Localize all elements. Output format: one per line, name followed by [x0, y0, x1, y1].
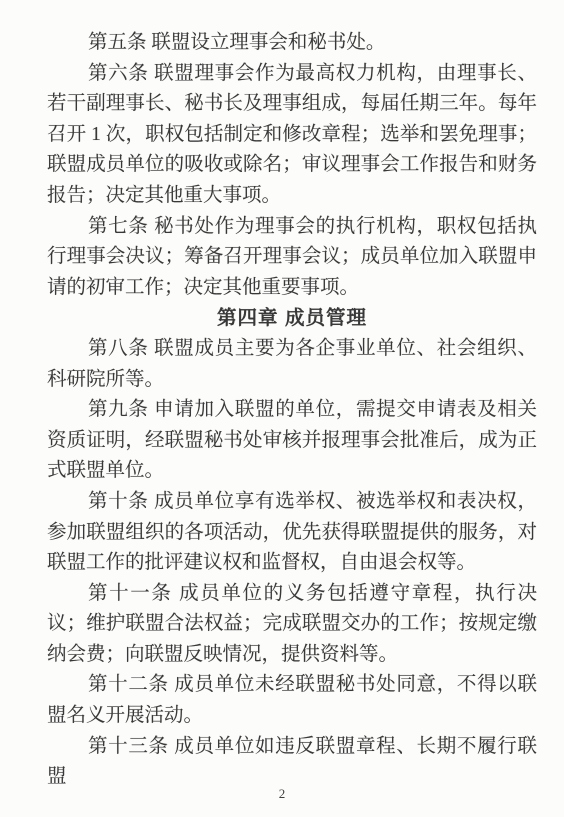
- article-12-paragraph: 第十二条 成员单位未经联盟秘书处同意，不得以联盟名义开展活动。: [47, 670, 537, 731]
- article-7-paragraph: 第七条 秘书处作为理事会的执行机构，职权包括执行理事会决议；筹备召开理事会议；成…: [47, 212, 537, 304]
- article-9-paragraph: 第九条 申请加入联盟的单位，需提交申请表及相关资质证明，经联盟秘书处审核并报理事…: [47, 395, 537, 487]
- article-10-paragraph: 第十条 成员单位享有选举权、被选举权和表决权，参加联盟组织的各项活动，优先获得联…: [47, 487, 537, 579]
- chapter-4-heading: 第四章 成员管理: [47, 303, 537, 334]
- document-page: 第五条 联盟设立理事会和秘书处。 第六条 联盟理事会作为最高权力机构，由理事长、…: [0, 0, 564, 817]
- article-13-paragraph: 第十三条 成员单位如违反联盟章程、长期不履行联盟: [47, 732, 537, 793]
- document-body: 第五条 联盟设立理事会和秘书处。 第六条 联盟理事会作为最高权力机构，由理事长、…: [47, 28, 537, 793]
- article-8-paragraph: 第八条 联盟成员主要为各企事业单位、社会组织、科研院所等。: [47, 334, 537, 395]
- article-11-paragraph: 第十一条 成员单位的义务包括遵守章程，执行决议；维护联盟合法权益；完成联盟交办的…: [47, 579, 537, 671]
- article-5-paragraph: 第五条 联盟设立理事会和秘书处。: [47, 28, 537, 59]
- page-number: 2: [0, 786, 564, 802]
- article-6-paragraph: 第六条 联盟理事会作为最高权力机构，由理事长、若干副理事长、秘书长及理事组成，每…: [47, 59, 537, 212]
